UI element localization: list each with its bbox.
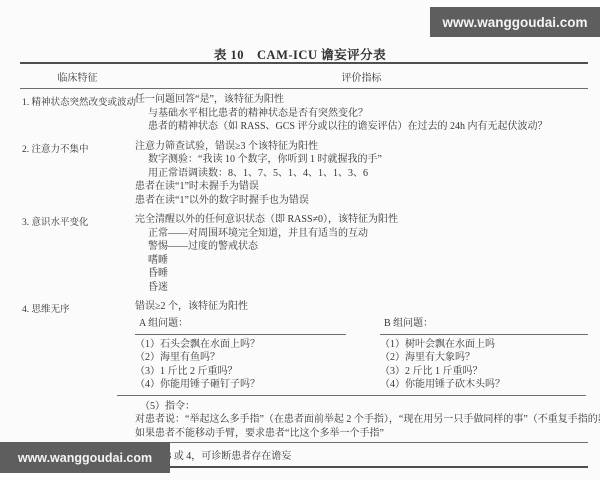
command-label: （5）指令：: [135, 400, 588, 414]
command-line: 如果患者不能移动手臂，要求患者“比这个多举一个手指”: [135, 427, 588, 441]
cam-icu-score-table: 临床特征 评价指标 1. 精神状态突然改变或波动 任一问题回答“是”，该特征为阳…: [20, 62, 588, 468]
group-b-header: B 组问题：: [380, 317, 588, 335]
feature-label: 4. 思维无序: [20, 300, 135, 440]
question-group-b: B 组问题： （1）树叶会飘在水面上吗 （2）海里有大象吗？ （3）2 斤比 1…: [380, 317, 588, 392]
watermark-top-text: www.wanggoudai.com: [442, 15, 587, 30]
watermark-top: www.wanggoudai.com: [430, 7, 600, 37]
group-b-question: （2）海里有大象吗？: [380, 351, 588, 365]
indicator-line: 任一问题回答“是”，该特征为阳性: [135, 93, 588, 107]
group-b-question: （4）你能用锤子砍木头吗？: [380, 378, 588, 392]
group-a-header: A 组问题：: [135, 317, 346, 335]
group-b-question: （1）树叶会飘在水面上吗: [380, 338, 588, 352]
group-a-question: （2）海里有鱼吗？: [135, 351, 346, 365]
indicator-line: 嗜睡: [135, 254, 588, 268]
feature-label: 1. 精神状态突然改变或波动: [20, 93, 135, 134]
diagnosis-criteria: 1 + 2 + 3 或 4，可诊断患者存在谵妄: [135, 447, 588, 462]
indicator-line: 患者在读“1”时未握手为错误: [135, 180, 588, 194]
table-title: 表 10 CAM-ICU 谵妄评分表: [0, 45, 600, 63]
table-row-disorganized-thinking: 4. 思维无序 错误≥2 个，该特征为阳性 A 组问题： （1）石头会飘在水面上…: [20, 296, 588, 442]
indicator-line: 正常——对周围环境完全知道，并且有适当的互动: [135, 227, 588, 241]
header-clinical-feature: 临床特征: [20, 64, 135, 88]
indicator-line: 完全清醒以外的任何意识状态（即 RASS≠0），该特征为阳性: [135, 213, 588, 227]
indicator-line: 警惕——过度的警戒状态: [135, 240, 588, 254]
table-header-row: 临床特征 评价指标: [20, 64, 588, 89]
table-row-inattention: 2. 注意力不集中 注意力筛查试验，错误≥3 个该特征为阳性 数字测验：“我读 …: [20, 136, 588, 210]
indicator-line: 与基础水平相比患者的精神状态是否有突然变化？: [135, 107, 588, 121]
feature-label: 3. 意识水平变化: [20, 213, 135, 294]
command-line: 对患者说：“举起这么多手指”（在患者面前举起 2 个手指），“现在用另一只手做同…: [135, 413, 588, 427]
indicator-line: 数字测验：“我读 10 个数字，你听到 1 时就握我的手”: [135, 153, 588, 167]
group-a-question: （3）1 斤比 2 斤重吗？: [135, 365, 346, 379]
question-group-a: A 组问题： （1）石头会飘在水面上吗？ （2）海里有鱼吗？ （3）1 斤比 2…: [135, 317, 346, 392]
indicator-line: 错误≥2 个，该特征为阳性: [135, 300, 588, 314]
watermark-bottom: www.wanggoudai.com: [0, 442, 170, 473]
subtable-divider: [117, 395, 586, 396]
indicator-line: 患者在读“1”以外的数字时握手也为错误: [135, 194, 588, 208]
feature-indicators: 错误≥2 个，该特征为阳性 A 组问题： （1）石头会飘在水面上吗？ （2）海里…: [135, 300, 588, 440]
feature-indicators: 完全清醒以外的任何意识状态（即 RASS≠0），该特征为阳性 正常——对周围环境…: [135, 213, 588, 294]
indicator-line: 昏睡: [135, 267, 588, 281]
scanned-document-page: www.wanggoudai.com 表 10 CAM-ICU 谵妄评分表 临床…: [0, 0, 600, 480]
group-b-question: （3）2 斤比 1 斤重吗？: [380, 365, 588, 379]
feature-label: 2. 注意力不集中: [20, 140, 135, 208]
question-groups-subtable: A 组问题： （1）石头会飘在水面上吗？ （2）海里有鱼吗？ （3）1 斤比 2…: [135, 317, 588, 392]
feature-indicators: 注意力筛查试验，错误≥3 个该特征为阳性 数字测验：“我读 10 个数字，你听到…: [135, 140, 588, 208]
watermark-bottom-text: www.wanggoudai.com: [18, 451, 152, 465]
indicator-line: 注意力筛查试验，错误≥3 个该特征为阳性: [135, 140, 588, 154]
indicator-line: 患者的精神状态（如 RASS、GCS 评分或以往的谵妄评估）在过去的 24h 内…: [135, 120, 588, 134]
header-evaluation-index: 评价指标: [135, 64, 588, 88]
indicator-line: 昏迷: [135, 281, 588, 295]
table-row-mental-status: 1. 精神状态突然改变或波动 任一问题回答“是”，该特征为阳性 与基础水平相比患…: [20, 89, 588, 136]
table-row-consciousness-level: 3. 意识水平变化 完全清醒以外的任何意识状态（即 RASS≠0），该特征为阳性…: [20, 209, 588, 296]
group-a-question: （4）你能用锤子砸钉子吗？: [135, 378, 346, 392]
indicator-line: 用正常语调读数：8、1、7、5、1、4、1、1、3、6: [135, 167, 588, 181]
group-a-question: （1）石头会飘在水面上吗？: [135, 338, 346, 352]
feature-indicators: 任一问题回答“是”，该特征为阳性 与基础水平相比患者的精神状态是否有突然变化？ …: [135, 93, 588, 134]
